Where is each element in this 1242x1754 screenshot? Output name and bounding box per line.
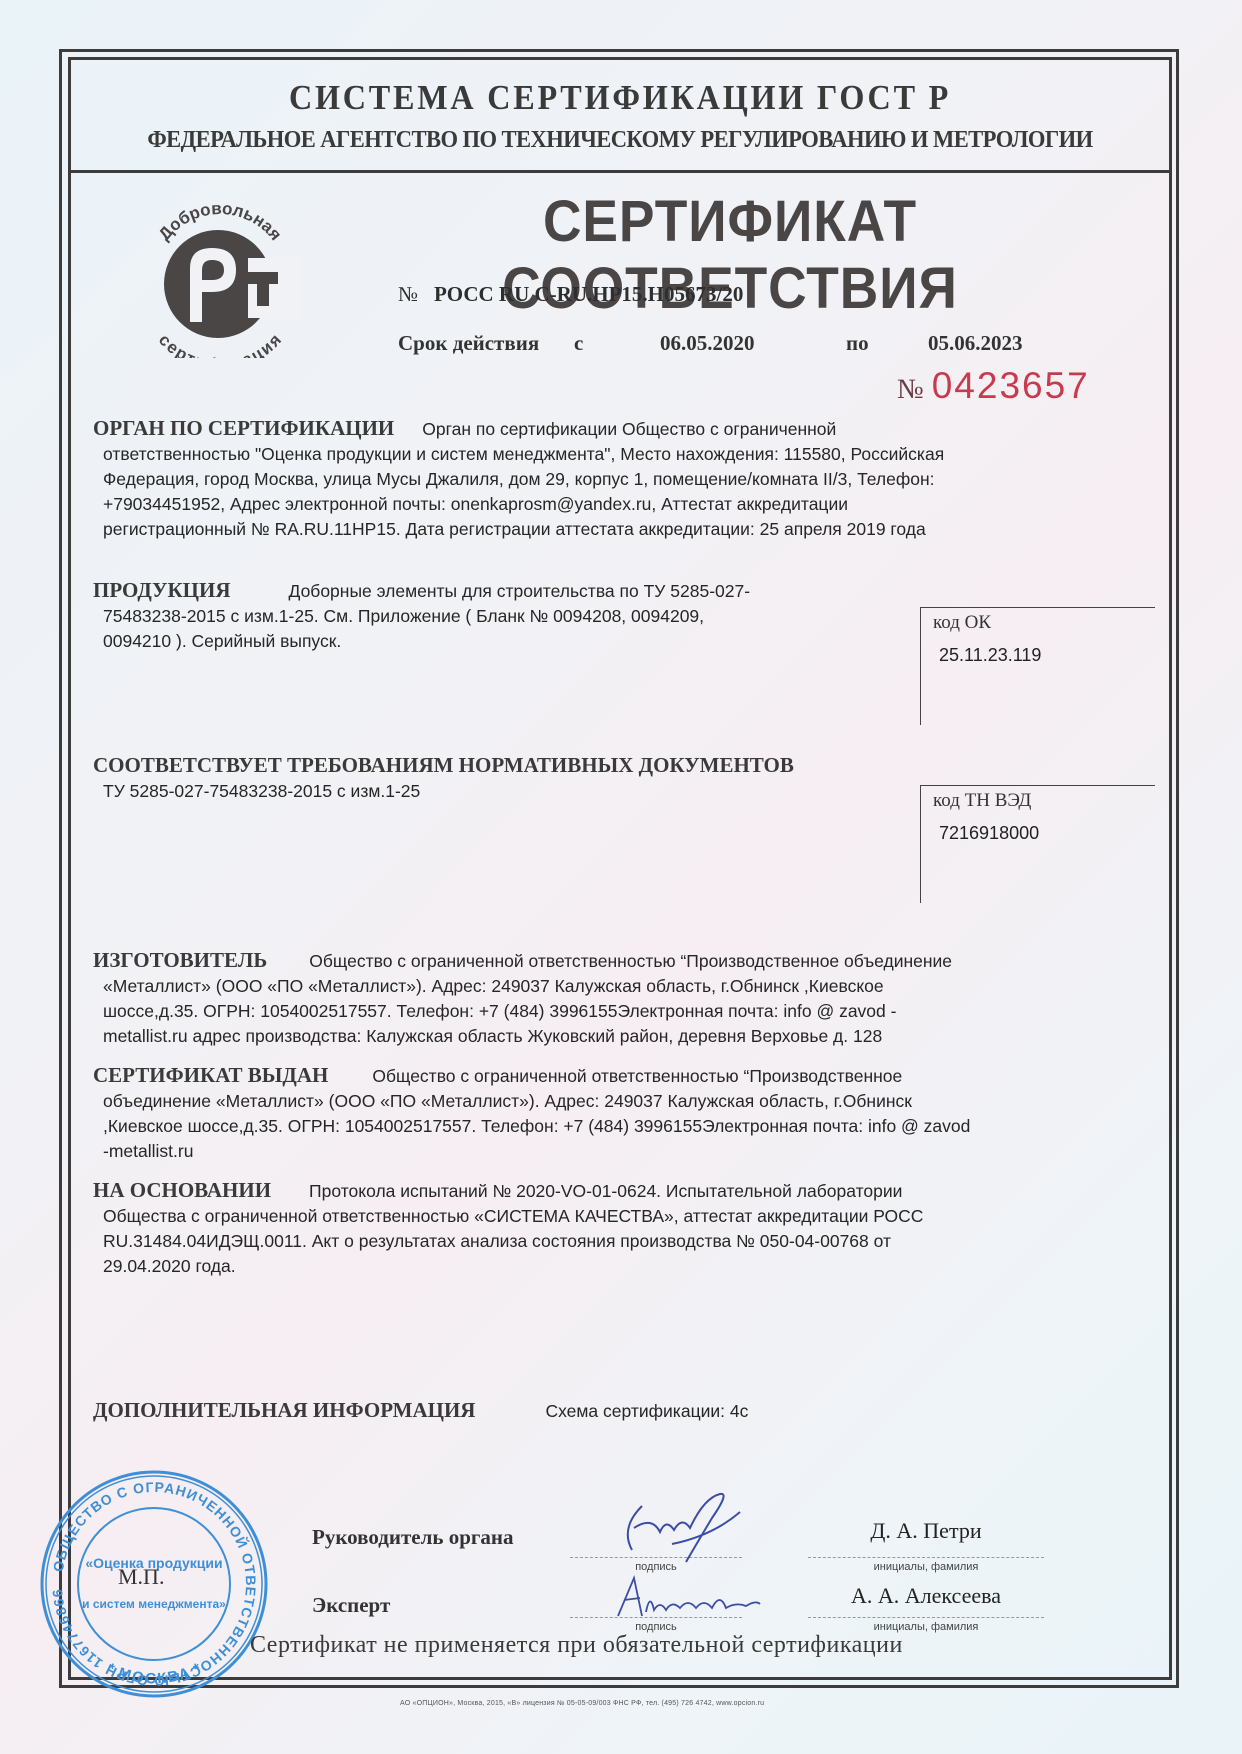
header-divider [68,170,1172,173]
blank-number-value: 0423657 [932,365,1090,406]
certificate-number: №РОСС RU C-RU.HP15.H05673/20 [398,282,743,307]
section-label: НА ОСНОВАНИИ [93,1178,271,1202]
section-label: ОРГАН ПО СЕРТИФИКАЦИИ [93,416,394,440]
section-text: объединение «Металлист» (ООО «ПО «Металл… [93,1089,1143,1164]
svg-text:и систем менеджмента»: и систем менеджмента» [82,1597,226,1611]
section-text: Общества с ограниченной ответственностью… [93,1204,1113,1279]
section-text: 75483238-2015 с изм.1-25. См. Приложение… [93,604,893,654]
validity-label: Срок действия [398,331,539,356]
code-label: код ОК [933,612,991,634]
expert-name: А. А. Алексеева [808,1583,1044,1609]
section-text: ответственностью "Оценка продукции и сис… [93,442,1113,542]
certification-scheme: Схема сертификации: 4с [545,1401,748,1421]
svg-text:* МОСКВА *: * МОСКВА * [104,1660,203,1688]
section-additional-info: ДОПОЛНИТЕЛЬНАЯ ИНФОРМАЦИЯСхема сертифика… [93,1398,1113,1424]
section-product: ПРОДУКЦИЯДоборные элементы для строитель… [93,578,893,654]
certificate-number-value: РОСС RU C-RU.HP15.H05673/20 [434,282,743,306]
section-conforms: СООТВЕТСТВУЕТ ТРЕБОВАНИЯМ НОРМАТИВНЫХ ДО… [93,753,913,804]
valid-to: 05.06.2023 [928,331,1023,356]
code-label: код ТН ВЭД [933,790,1031,812]
to-label: по [846,331,869,356]
section-text: ТУ 5285-027-75483238-2015 с изм.1-25 [93,779,913,804]
section-certification-body: ОРГАН ПО СЕРТИФИКАЦИИОрган по сертификац… [93,416,1113,542]
valid-from: 06.05.2020 [660,331,755,356]
code-value: 25.11.23.119 [939,645,1041,666]
head-signature-icon [612,1488,762,1568]
section-label: ДОПОЛНИТЕЛЬНАЯ ИНФОРМАЦИЯ [93,1398,475,1422]
section-basis: НА ОСНОВАНИИПротокола испытаний № 2020-V… [93,1178,1113,1279]
section-issued-to: СЕРТИФИКАТ ВЫДАНОбщество с ограниченной … [93,1063,1143,1164]
okpd-code-box: код ОК 25.11.23.119 [920,607,1155,725]
blank-serial-number: №0423657 [897,365,1090,407]
section-label: ИЗГОТОВИТЕЛЬ [93,948,267,972]
printer-info: АО «ОПЦИОН», Москва, 2015, «В» лицензия … [400,1700,764,1707]
system-title: СИСТЕМА СЕРТИФИКАЦИИ ГОСТ Р [112,78,1128,118]
from-label: с [574,331,583,356]
stamp-place-label: М.П. [118,1564,164,1590]
head-name-caption: инициалы, фамилия [808,1561,1044,1573]
head-name-line [808,1557,1044,1558]
section-label: СЕРТИФИКАТ ВЫДАН [93,1063,328,1087]
expert-name-line [808,1617,1044,1618]
section-text: «Металлист» (ООО «ПО «Металлист»). Адрес… [93,974,1113,1049]
rst-certification-logo-icon: Добровольная сертификация [140,198,300,358]
section-manufacturer: ИЗГОТОВИТЕЛЬОбщество с ограниченной отве… [93,948,1113,1049]
expert-signature-icon [610,1572,770,1622]
head-name: Д. А. Петри [808,1518,1044,1544]
expert-signature-label: Эксперт [312,1593,390,1618]
number-sign: № [398,282,418,306]
section-label: СООТВЕТСТВУЕТ ТРЕБОВАНИЯМ НОРМАТИВНЫХ ДО… [93,753,794,777]
section-label: ПРОДУКЦИЯ [93,578,231,602]
disclaimer: Сертификат не применяется при обязательн… [250,1632,903,1659]
code-value: 7216918000 [939,823,1039,844]
agency-title: ФЕДЕРАЛЬНОЕ АГЕНТСТВО ПО ТЕХНИЧЕСКОМУ РЕ… [101,127,1139,154]
tnved-code-box: код ТН ВЭД 7216918000 [920,785,1155,903]
head-signature-label: Руководитель органа [312,1525,514,1550]
